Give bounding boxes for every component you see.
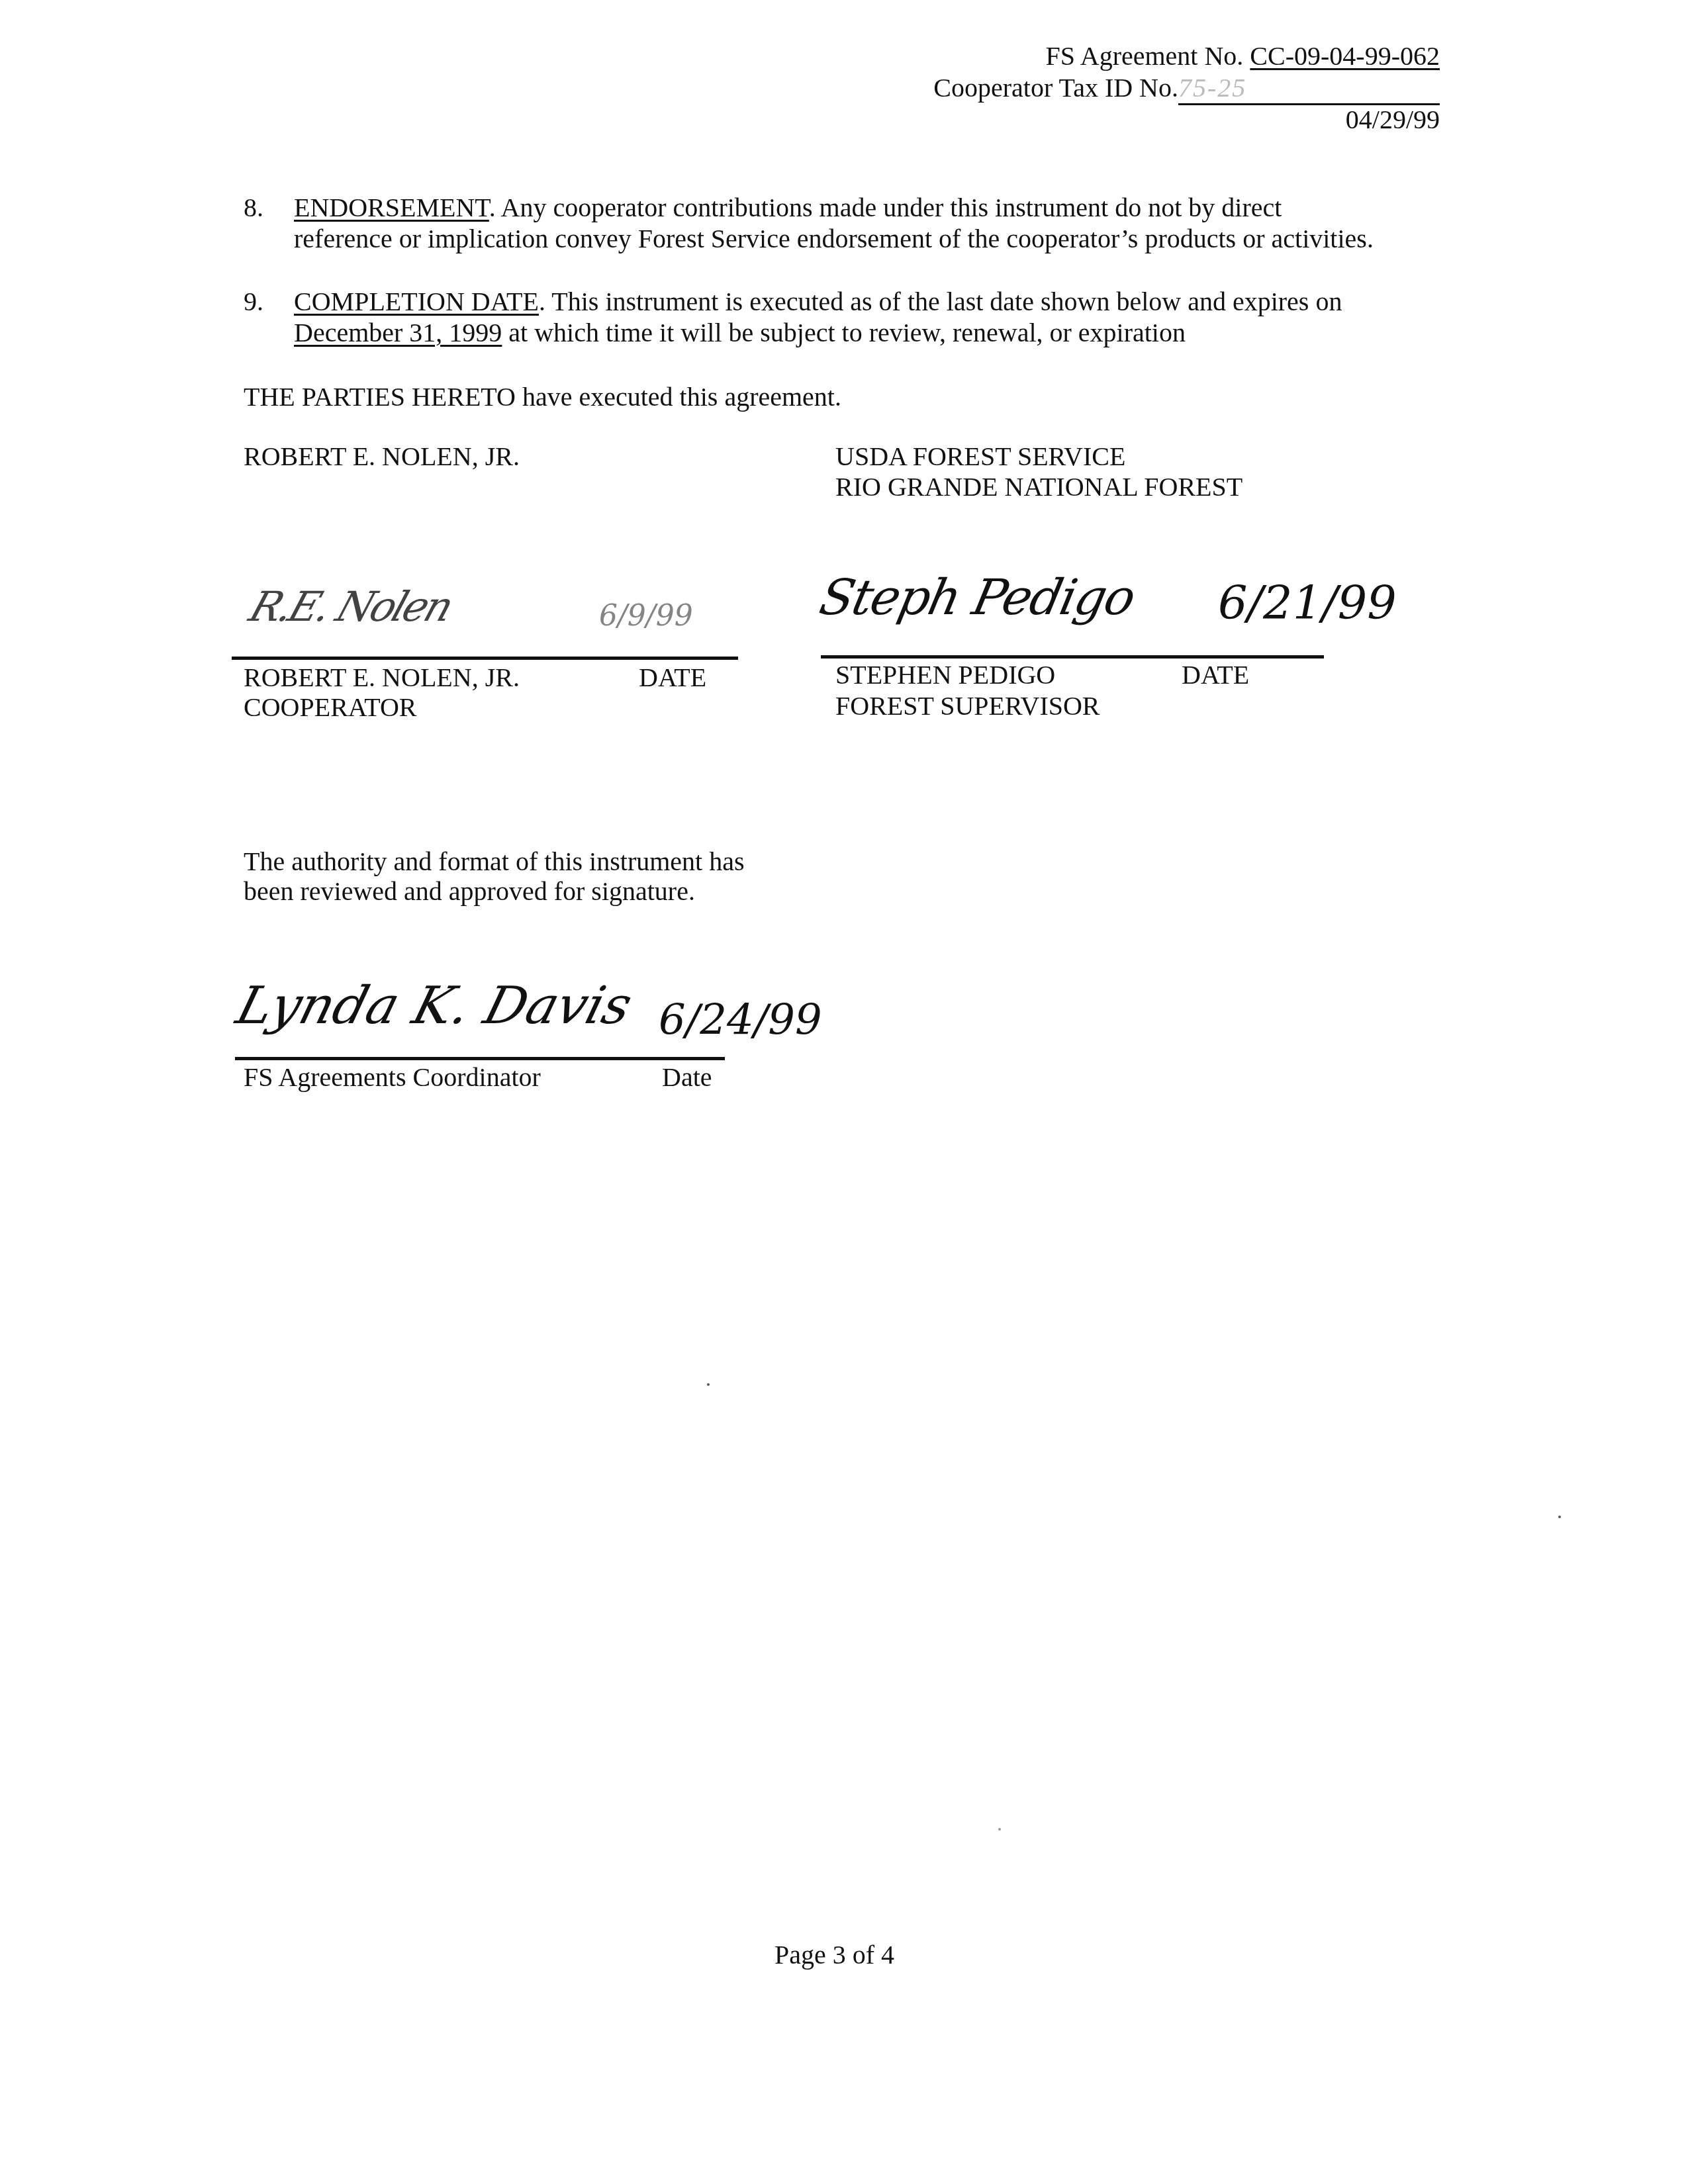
coordinator-signature: Lynda K. Davis bbox=[230, 976, 638, 1036]
coordinator-title: FS Agreements Coordinator bbox=[244, 1062, 541, 1093]
section-9-line-2: December 31, 1999 at which time it will … bbox=[294, 317, 1186, 349]
scan-speck bbox=[707, 1383, 710, 1386]
section-8-line-2: reference or implication convey Forest S… bbox=[294, 223, 1374, 255]
left-party-heading: ROBERT E. NOLEN, JR. bbox=[244, 441, 520, 473]
review-statement-line-2: been reviewed and approved for signature… bbox=[244, 876, 695, 907]
document-date: 04/29/99 bbox=[1346, 105, 1440, 135]
supervisor-name: STEPHEN PEDIGO bbox=[835, 659, 1055, 691]
review-statement-line-1: The authority and format of this instrum… bbox=[244, 846, 745, 878]
agreement-number-line: FS Agreement No. CC-09-04-99-062 bbox=[1045, 41, 1440, 71]
page-number: Page 3 of 4 bbox=[774, 1939, 894, 1971]
section-text: at which time it will be subject to revi… bbox=[502, 318, 1186, 347]
supervisor-signature-line bbox=[821, 655, 1324, 659]
agreement-label: FS Agreement No. bbox=[1045, 41, 1250, 71]
cooperator-signature-line bbox=[232, 657, 738, 660]
supervisor-title: FOREST SUPERVISOR bbox=[835, 690, 1100, 722]
cooperator-name: ROBERT E. NOLEN, JR. bbox=[244, 662, 520, 694]
cooperator-signature: R.E. Nolen bbox=[244, 582, 457, 631]
supervisor-signature: Steph Pedigo bbox=[815, 569, 1139, 626]
scan-speck bbox=[1558, 1516, 1561, 1518]
right-party-heading-2: RIO GRANDE NATIONAL FOREST bbox=[835, 471, 1243, 503]
scan-speck bbox=[998, 1828, 1001, 1831]
parties-rest: have executed this agreement. bbox=[516, 382, 841, 412]
section-text: . This instrument is executed as of the … bbox=[539, 287, 1342, 316]
cooperator-date-label: DATE bbox=[639, 662, 706, 694]
coordinator-date-label: Date bbox=[662, 1062, 712, 1093]
cooperator-signed-date: 6/9/99 bbox=[599, 599, 693, 633]
agreement-number: CC-09-04-99-062 bbox=[1250, 41, 1440, 71]
section-9: 9.COMPLETION DATE. This instrument is ex… bbox=[244, 286, 1342, 318]
coordinator-signature-line bbox=[235, 1057, 725, 1060]
parties-statement: THE PARTIES HERETO have executed this ag… bbox=[244, 381, 841, 413]
section-text: . Any cooperator contributions made unde… bbox=[489, 193, 1282, 222]
cooperator-title: COOPERATOR bbox=[244, 692, 417, 723]
parties-lead: THE PARTIES HERETO bbox=[244, 382, 516, 412]
tax-id-value: 75-25 bbox=[1178, 73, 1440, 105]
coordinator-signed-date: 6/24/99 bbox=[659, 996, 822, 1045]
expiration-date: December 31, 1999 bbox=[294, 318, 502, 347]
tax-id-line: Cooperator Tax ID No.75-25 bbox=[933, 73, 1440, 105]
tax-id-label: Cooperator Tax ID No. bbox=[933, 73, 1178, 103]
supervisor-date-label: DATE bbox=[1182, 659, 1249, 691]
section-number: 8. bbox=[244, 192, 294, 224]
section-title: COMPLETION DATE bbox=[294, 287, 539, 316]
right-party-heading-1: USDA FOREST SERVICE bbox=[835, 441, 1125, 473]
section-number: 9. bbox=[244, 286, 294, 318]
section-8: 8.ENDORSEMENT. Any cooperator contributi… bbox=[244, 192, 1282, 224]
section-title: ENDORSEMENT bbox=[294, 193, 489, 222]
supervisor-signed-date: 6/21/99 bbox=[1218, 576, 1397, 630]
